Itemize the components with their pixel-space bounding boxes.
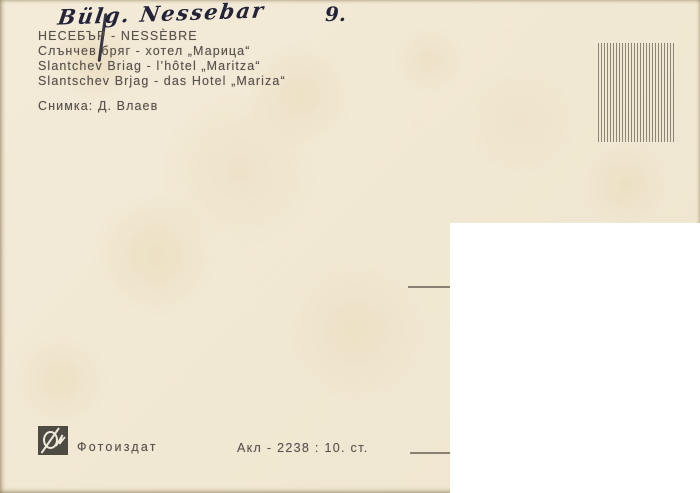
- caption-block: НЕСЕБЪР - NESSÈBRE Слънчев бряг - хотел …: [38, 29, 286, 89]
- address-rule-bottom: [410, 452, 454, 454]
- blanked-address-area: [450, 223, 700, 493]
- caption-french: Slantchev Briag - l’hôtel „Maritza“: [38, 59, 286, 74]
- postcard-scan: Bülg. Nessebar 9. НЕСЕБЪР - NESSÈBRE Слъ…: [0, 0, 700, 493]
- postcard-title: НЕСЕБЪР - NESSÈBRE: [38, 29, 286, 44]
- address-rule-top: [408, 286, 451, 288]
- handwritten-number: 9.: [325, 2, 346, 26]
- fotoizdat-logo-icon: [38, 426, 68, 455]
- stamp-area-hatch: [598, 43, 674, 142]
- caption-german: Slantschev Brjag - das Hotel „Mariza“: [38, 74, 286, 89]
- catalog-number: Акл - 2238 : 10. ст.: [237, 441, 369, 455]
- publisher-name: Фотоиздат: [77, 440, 158, 454]
- postcard-back: Bülg. Nessebar 9. НЕСЕБЪР - NESSÈBRE Слъ…: [0, 0, 700, 493]
- caption-bulgarian: Слънчев бряг - хотел „Марица“: [38, 44, 286, 59]
- handwritten-note: Bülg. Nessebar: [56, 0, 267, 30]
- publisher-row: Фотоиздат: [38, 426, 158, 455]
- photo-credit: Снимка: Д. Влаев: [38, 99, 158, 113]
